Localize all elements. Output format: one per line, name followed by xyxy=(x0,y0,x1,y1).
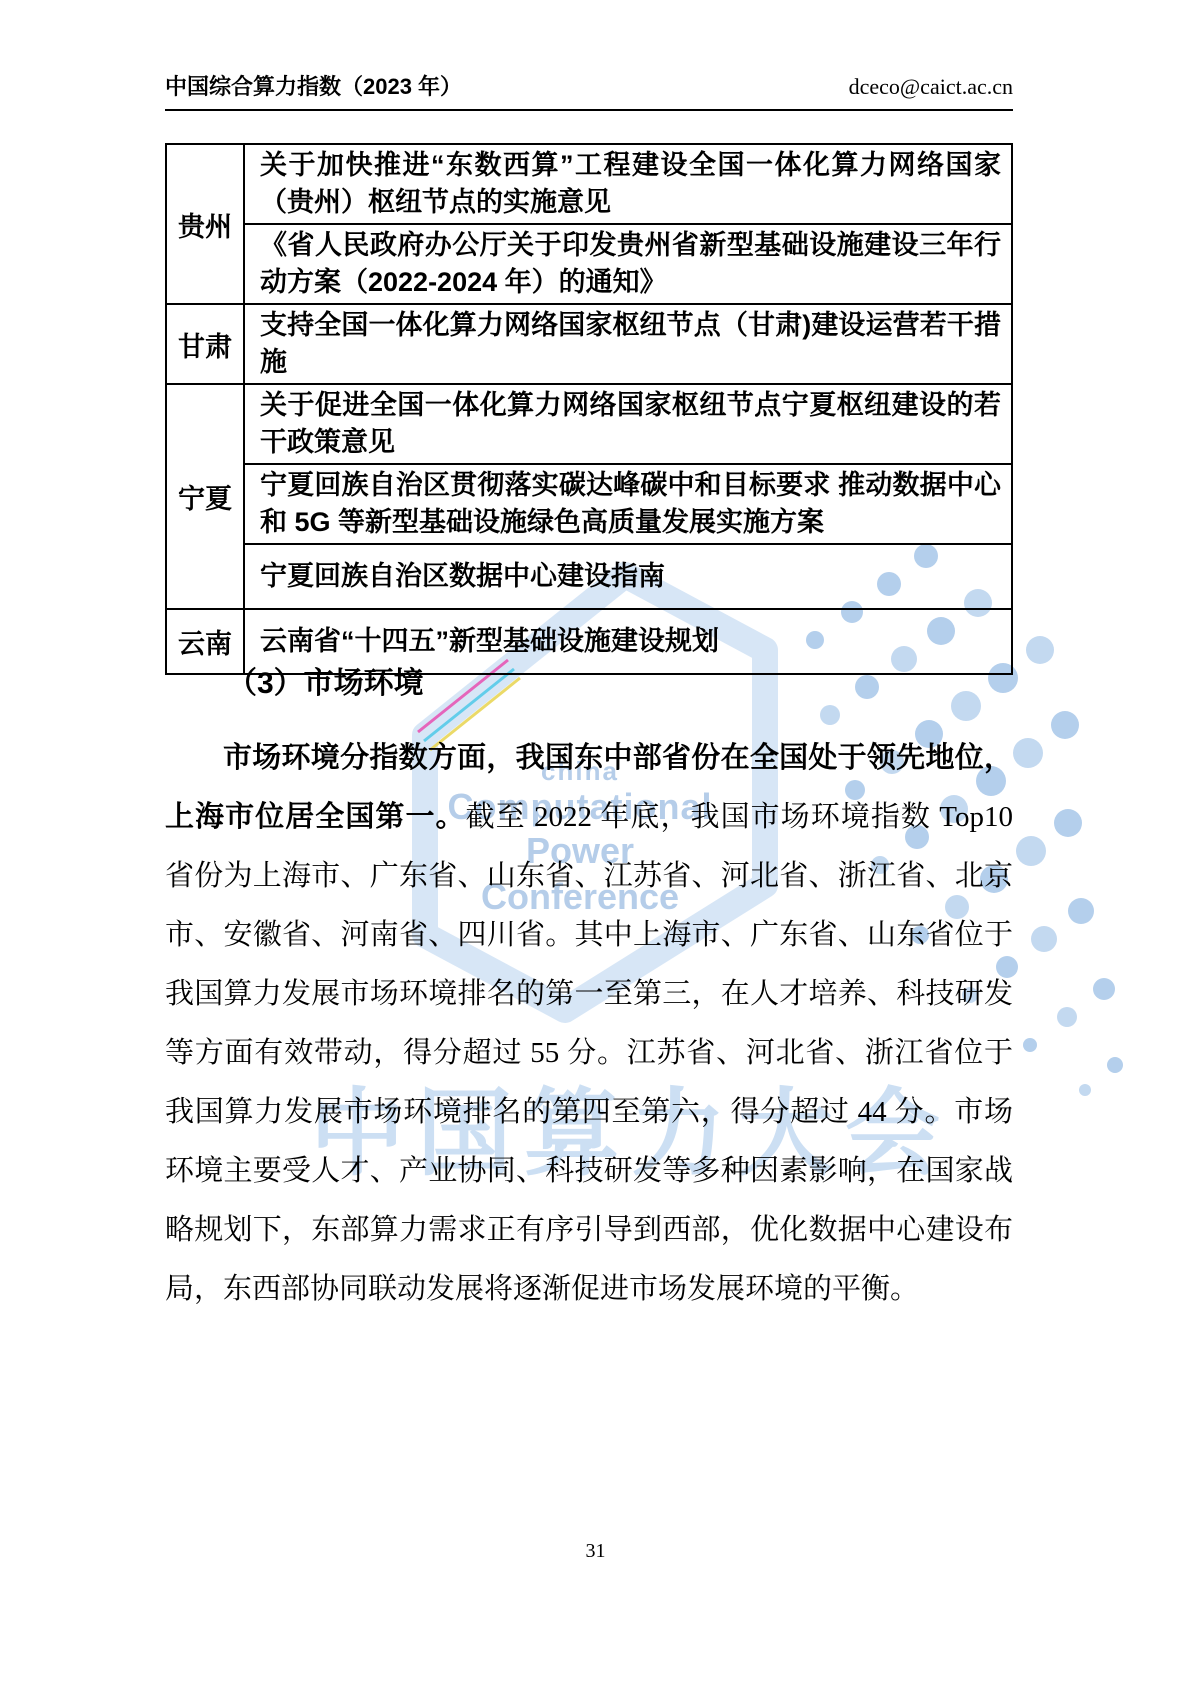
policy-cell: 关于促进全国一体化算力网络国家枢纽节点宁夏枢纽建设的若干政策意见 xyxy=(244,384,1012,464)
table-row: 《省人民政府办公厅关于印发贵州省新型基础设施建设三年行动方案（2022-2024… xyxy=(166,224,1012,304)
table-row: 甘肃 支持全国一体化算力网络国家枢纽节点（甘肃)建设运营若干措施 xyxy=(166,304,1012,384)
table-row: 宁夏回族自治区贯彻落实碳达峰碳中和目标要求 推动数据中心和 5G 等新型基础设施… xyxy=(166,464,1012,544)
province-cell-gansu: 甘肃 xyxy=(166,304,244,384)
page-number: 31 xyxy=(0,1540,1191,1563)
section-heading: （3）市场环境 xyxy=(165,658,1013,702)
policy-cell: 宁夏回族自治区数据中心建设指南 xyxy=(244,544,1012,609)
contact-email: dceco@caict.ac.cn xyxy=(849,74,1013,100)
header-divider xyxy=(165,109,1013,111)
policy-cell: 《省人民政府办公厅关于印发贵州省新型基础设施建设三年行动方案（2022-2024… xyxy=(244,224,1012,304)
document-page: china Computational Power Conference 中国算… xyxy=(0,0,1191,1684)
policy-cell: 支持全国一体化算力网络国家枢纽节点（甘肃)建设运营若干措施 xyxy=(244,304,1012,384)
paragraph-regular-text: 截至 2022 年底，我国市场环境指数 Top10 省份为上海市、广东省、山东省… xyxy=(165,801,1013,1305)
province-cell-ningxia: 宁夏 xyxy=(166,384,244,609)
policy-cell: 宁夏回族自治区贯彻落实碳达峰碳中和目标要求 推动数据中心和 5G 等新型基础设施… xyxy=(244,464,1012,544)
table-row: 宁夏回族自治区数据中心建设指南 xyxy=(166,544,1012,609)
report-title: 中国综合算力指数（2023 年） xyxy=(165,70,462,101)
body-paragraph: 市场环境分指数方面，我国东中部省份在全国处于领先地位，上海市位居全国第一。截至 … xyxy=(165,729,1013,1319)
table-row: 宁夏 关于促进全国一体化算力网络国家枢纽节点宁夏枢纽建设的若干政策意见 xyxy=(166,384,1012,464)
table-row: 贵州 关于加快推进“东数西算”工程建设全国一体化算力网络国家（贵州）枢纽节点的实… xyxy=(166,144,1012,224)
province-cell-guizhou: 贵州 xyxy=(166,144,244,304)
page-header: 中国综合算力指数（2023 年） dceco@caict.ac.cn xyxy=(165,70,1013,101)
policy-cell: 关于加快推进“东数西算”工程建设全国一体化算力网络国家（贵州）枢纽节点的实施意见 xyxy=(244,144,1012,224)
page-content: 中国综合算力指数（2023 年） dceco@caict.ac.cn 贵州 关于… xyxy=(0,0,1191,1684)
policy-table: 贵州 关于加快推进“东数西算”工程建设全国一体化算力网络国家（贵州）枢纽节点的实… xyxy=(165,143,1013,675)
